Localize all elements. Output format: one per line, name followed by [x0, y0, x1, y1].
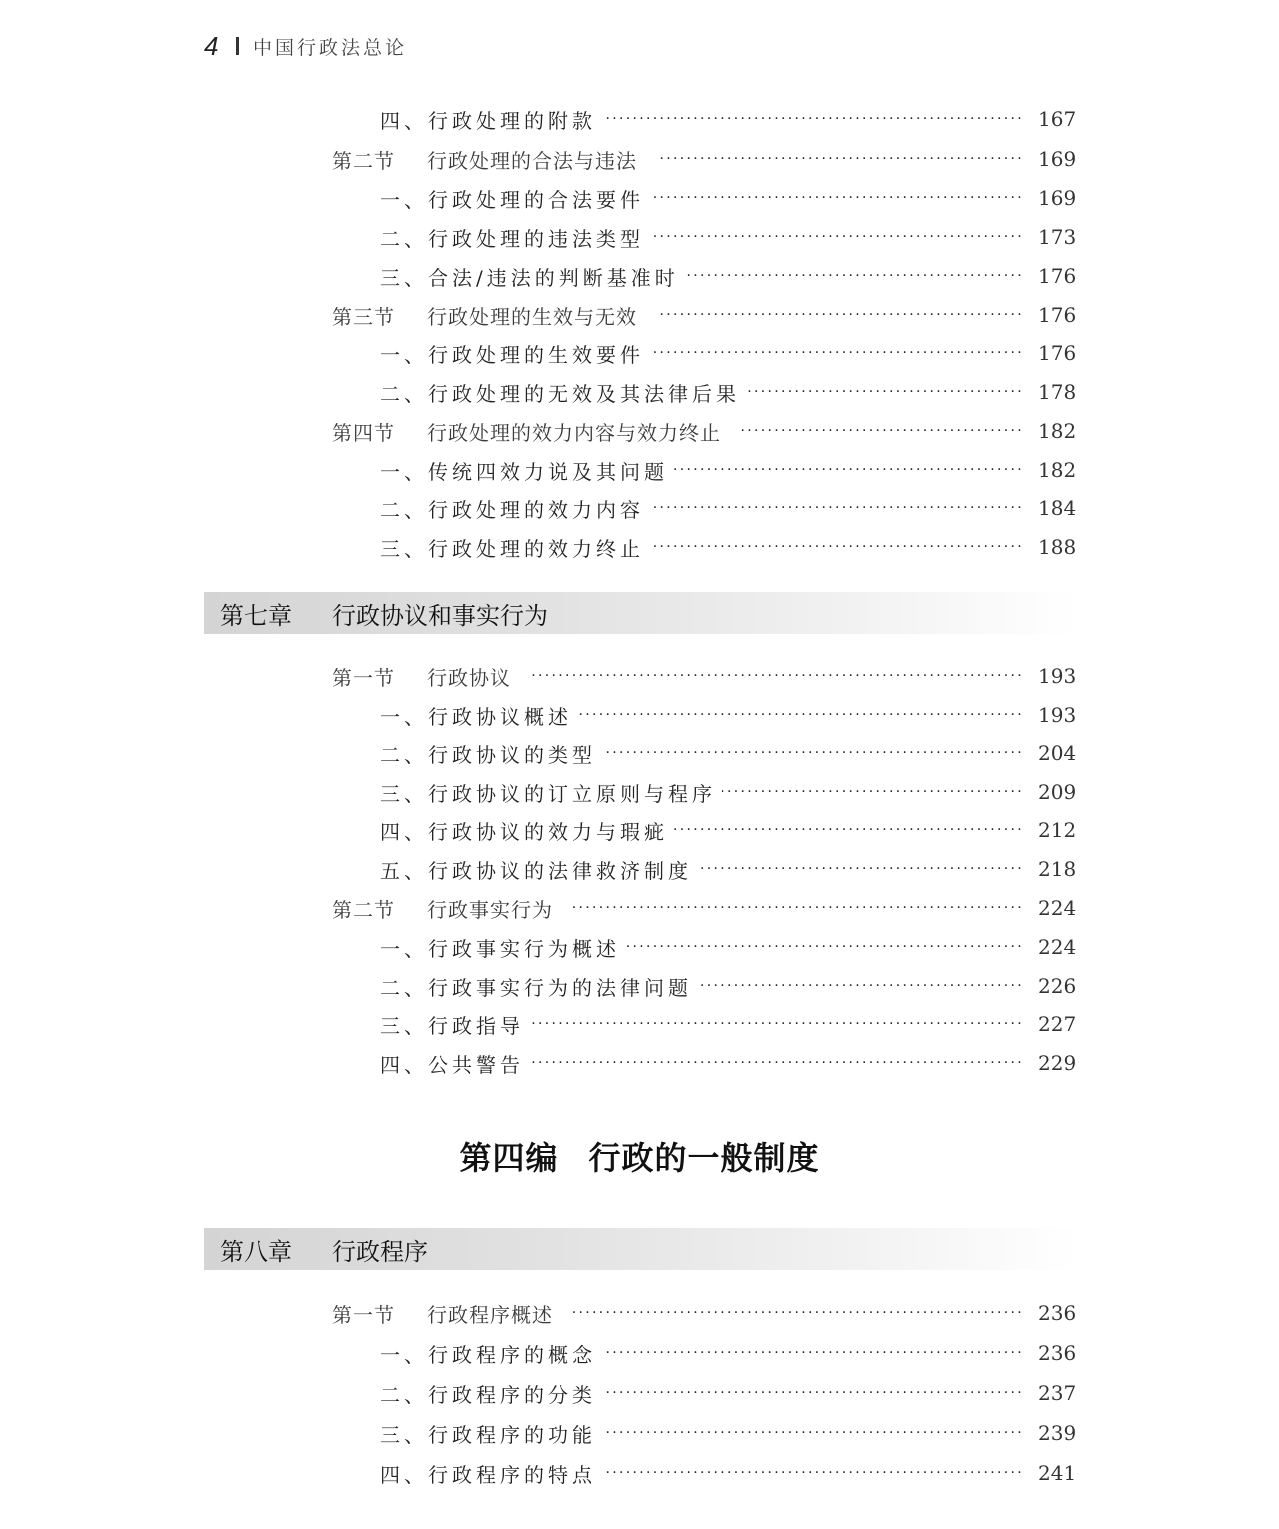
entry-title: 二、行政协议的类型 — [380, 739, 596, 768]
entry-title: 四、行政协议的效力与瑕疵 — [380, 816, 668, 845]
dot-leader: ········································… — [746, 377, 1024, 407]
section-number: 第二节 — [332, 894, 395, 923]
entry-title: 一、行政协议概述 — [380, 701, 572, 730]
page-number: 4 — [204, 31, 230, 62]
dot-leader: ········································… — [573, 893, 1024, 923]
toc-subsection-entry[interactable]: 二、行政程序的分类·······························… — [0, 1378, 1279, 1408]
section-number: 第四节 — [332, 417, 395, 446]
toc-subsection-entry[interactable]: 四、公共警告··································… — [0, 1048, 1279, 1078]
section-title: 行政协议 — [427, 662, 511, 691]
entry-title: 四、公共警告 — [380, 1049, 524, 1078]
chapter-heading-7[interactable]: 第七章 行政协议和事实行为 — [204, 592, 1076, 634]
book-title: 中国行政法总论 — [253, 33, 407, 60]
dot-leader: ········································… — [674, 455, 1024, 485]
chapter-number: 第七章 — [220, 596, 332, 631]
dot-leader: ········································… — [573, 1298, 1024, 1328]
page-ref: 169 — [1038, 147, 1076, 171]
dot-leader: ········································… — [650, 338, 1024, 368]
toc-subsection-entry[interactable]: 一、行政处理的合法要件·····························… — [0, 183, 1279, 213]
toc-subsection-entry[interactable]: 一、传统四效力说及其问题····························… — [0, 455, 1279, 485]
dot-leader: ········································… — [602, 1378, 1024, 1408]
toc-subsection-entry[interactable]: 二、行政事实行为的法律问题···························… — [0, 971, 1279, 1001]
page-ref: 224 — [1038, 935, 1076, 959]
entry-title: 二、行政事实行为的法律问题 — [380, 972, 692, 1001]
toc-subsection-entry[interactable]: 一、行政处理的生效要件·····························… — [0, 338, 1279, 368]
toc-subsection-entry[interactable]: 四、行政处理的附款·······························… — [0, 104, 1279, 134]
chapter-title: 行政协议和事实行为 — [332, 596, 548, 631]
page-ref: 169 — [1038, 186, 1076, 210]
page-ref: 204 — [1038, 741, 1076, 765]
dot-leader: ········································… — [698, 854, 1024, 884]
chapter-title: 行政程序 — [332, 1232, 428, 1267]
dot-leader: ········································… — [650, 493, 1024, 523]
dot-leader: ········································… — [650, 183, 1024, 213]
dot-leader: ········································… — [530, 1048, 1024, 1078]
chapter-heading-8[interactable]: 第八章 行政程序 — [204, 1228, 1076, 1270]
entry-title: 二、行政处理的效力内容 — [380, 494, 644, 523]
page-ref: 237 — [1038, 1381, 1076, 1405]
toc-section-entry[interactable]: 第二节行政事实行为·······························… — [0, 893, 1279, 923]
section-number: 第一节 — [332, 1299, 395, 1328]
page-ref: 182 — [1038, 419, 1076, 443]
page-ref: 167 — [1038, 107, 1076, 131]
toc-subsection-entry[interactable]: 三、行政程序的功能·······························… — [0, 1418, 1279, 1448]
page-ref: 239 — [1038, 1421, 1076, 1445]
toc-subsection-entry[interactable]: 二、行政处理的无效及其法律后果·························… — [0, 377, 1279, 407]
running-head-divider — [236, 37, 239, 55]
toc-subsection-entry[interactable]: 三、行政协议的订立原则与程序··························… — [0, 777, 1279, 807]
page-ref: 178 — [1038, 380, 1076, 404]
section-title: 行政处理的效力内容与效力终止 — [427, 417, 721, 446]
part-number: 第四编 — [459, 1139, 558, 1177]
toc-section-entry[interactable]: 第三节行政处理的生效与无效···························… — [0, 300, 1279, 330]
entry-title: 四、行政程序的特点 — [380, 1459, 596, 1488]
entry-title: 二、行政程序的分类 — [380, 1379, 596, 1408]
page-ref: 173 — [1038, 225, 1076, 249]
page-ref: 193 — [1038, 703, 1076, 727]
dot-leader: ········································… — [674, 815, 1024, 845]
section-title: 行政程序概述 — [427, 1299, 553, 1328]
dot-leader: ········································… — [602, 1418, 1024, 1448]
page-ref: 184 — [1038, 496, 1076, 520]
entry-title: 一、传统四效力说及其问题 — [380, 456, 668, 485]
section-number: 第二节 — [332, 145, 395, 174]
toc-subsection-entry[interactable]: 一、行政协议概述································… — [0, 700, 1279, 730]
dot-leader: ········································… — [602, 1458, 1024, 1488]
dot-leader: ········································… — [657, 144, 1024, 174]
entry-title: 一、行政处理的生效要件 — [380, 339, 644, 368]
part-heading-4[interactable]: 第四编行政的一般制度 — [0, 1133, 1279, 1179]
dot-leader: ········································… — [602, 104, 1024, 134]
section-title: 行政处理的合法与违法 — [427, 145, 637, 174]
entry-title: 一、行政事实行为概述 — [380, 933, 620, 962]
chapter-number: 第八章 — [220, 1232, 332, 1267]
toc-subsection-entry[interactable]: 四、行政程序的特点·······························… — [0, 1458, 1279, 1488]
dot-leader: ········································… — [657, 300, 1024, 330]
toc-section-entry[interactable]: 第一节行政协议·································… — [0, 661, 1279, 691]
dot-leader: ········································… — [531, 661, 1024, 691]
toc-subsection-entry[interactable]: 三、行政处理的效力终止·····························… — [0, 532, 1279, 562]
toc-subsection-entry[interactable]: 三、行政指导··································… — [0, 1009, 1279, 1039]
dot-leader: ········································… — [578, 700, 1024, 730]
page-ref: 229 — [1038, 1051, 1076, 1075]
toc-subsection-entry[interactable]: 二、行政处理的效力内容·····························… — [0, 493, 1279, 523]
toc-subsection-entry[interactable]: 五、行政协议的法律救济制度···························… — [0, 854, 1279, 884]
dot-leader: ········································… — [685, 261, 1024, 291]
dot-leader: ········································… — [650, 532, 1024, 562]
page-ref: 193 — [1038, 664, 1076, 688]
entry-title: 三、行政协议的订立原则与程序 — [380, 778, 716, 807]
toc-section-entry[interactable]: 第四节行政处理的效力内容与效力终止·······················… — [0, 416, 1279, 446]
toc-subsection-entry[interactable]: 一、行政事实行为概述······························… — [0, 932, 1279, 962]
dot-leader: ········································… — [602, 738, 1024, 768]
page-ref: 176 — [1038, 341, 1076, 365]
page-ref: 218 — [1038, 857, 1076, 881]
section-number: 第一节 — [332, 662, 395, 691]
toc-subsection-entry[interactable]: 二、行政协议的类型·······························… — [0, 738, 1279, 768]
page-ref: 227 — [1038, 1012, 1076, 1036]
page-ref: 182 — [1038, 458, 1076, 482]
toc-subsection-entry[interactable]: 二、行政处理的违法类型·····························… — [0, 222, 1279, 252]
running-head: 4 中国行政法总论 — [204, 30, 407, 62]
section-title: 行政事实行为 — [427, 894, 553, 923]
entry-title: 三、行政处理的效力终止 — [380, 533, 644, 562]
section-title: 行政处理的生效与无效 — [427, 301, 637, 330]
dot-leader: ········································… — [698, 971, 1024, 1001]
toc-subsection-entry[interactable]: 三、合法/违法的判断基准时···························… — [0, 261, 1279, 291]
dot-leader: ········································… — [650, 222, 1024, 252]
page-ref: 236 — [1038, 1341, 1076, 1365]
page-ref: 212 — [1038, 818, 1076, 842]
part-title: 行政的一般制度 — [589, 1139, 820, 1177]
entry-title: 三、行政程序的功能 — [380, 1419, 596, 1448]
entry-title: 一、行政程序的概念 — [380, 1339, 596, 1368]
toc-subsection-entry[interactable]: 一、行政程序的概念·······························… — [0, 1338, 1279, 1368]
page-ref: 209 — [1038, 780, 1076, 804]
section-number: 第三节 — [332, 301, 395, 330]
entry-title: 三、行政指导 — [380, 1010, 524, 1039]
dot-leader: ········································… — [722, 777, 1024, 807]
entry-title: 五、行政协议的法律救济制度 — [380, 855, 692, 884]
dot-leader: ········································… — [626, 932, 1024, 962]
toc-section-entry[interactable]: 第一节行政程序概述·······························… — [0, 1298, 1279, 1328]
entry-title: 四、行政处理的附款 — [380, 105, 596, 134]
page-ref: 188 — [1038, 535, 1076, 559]
entry-title: 二、行政处理的违法类型 — [380, 223, 644, 252]
page-ref: 176 — [1038, 264, 1076, 288]
entry-title: 二、行政处理的无效及其法律后果 — [380, 378, 740, 407]
page-ref: 241 — [1038, 1461, 1076, 1485]
dot-leader: ········································… — [602, 1338, 1024, 1368]
toc-section-entry[interactable]: 第二节行政处理的合法与违法···························… — [0, 144, 1279, 174]
page-ref: 236 — [1038, 1301, 1076, 1325]
dot-leader: ········································… — [530, 1009, 1024, 1039]
toc-subsection-entry[interactable]: 四、行政协议的效力与瑕疵····························… — [0, 815, 1279, 845]
dot-leader: ········································… — [741, 416, 1024, 446]
page-ref: 224 — [1038, 896, 1076, 920]
entry-title: 三、合法/违法的判断基准时 — [380, 262, 679, 291]
entry-title: 一、行政处理的合法要件 — [380, 184, 644, 213]
page-ref: 176 — [1038, 303, 1076, 327]
page-ref: 226 — [1038, 974, 1076, 998]
